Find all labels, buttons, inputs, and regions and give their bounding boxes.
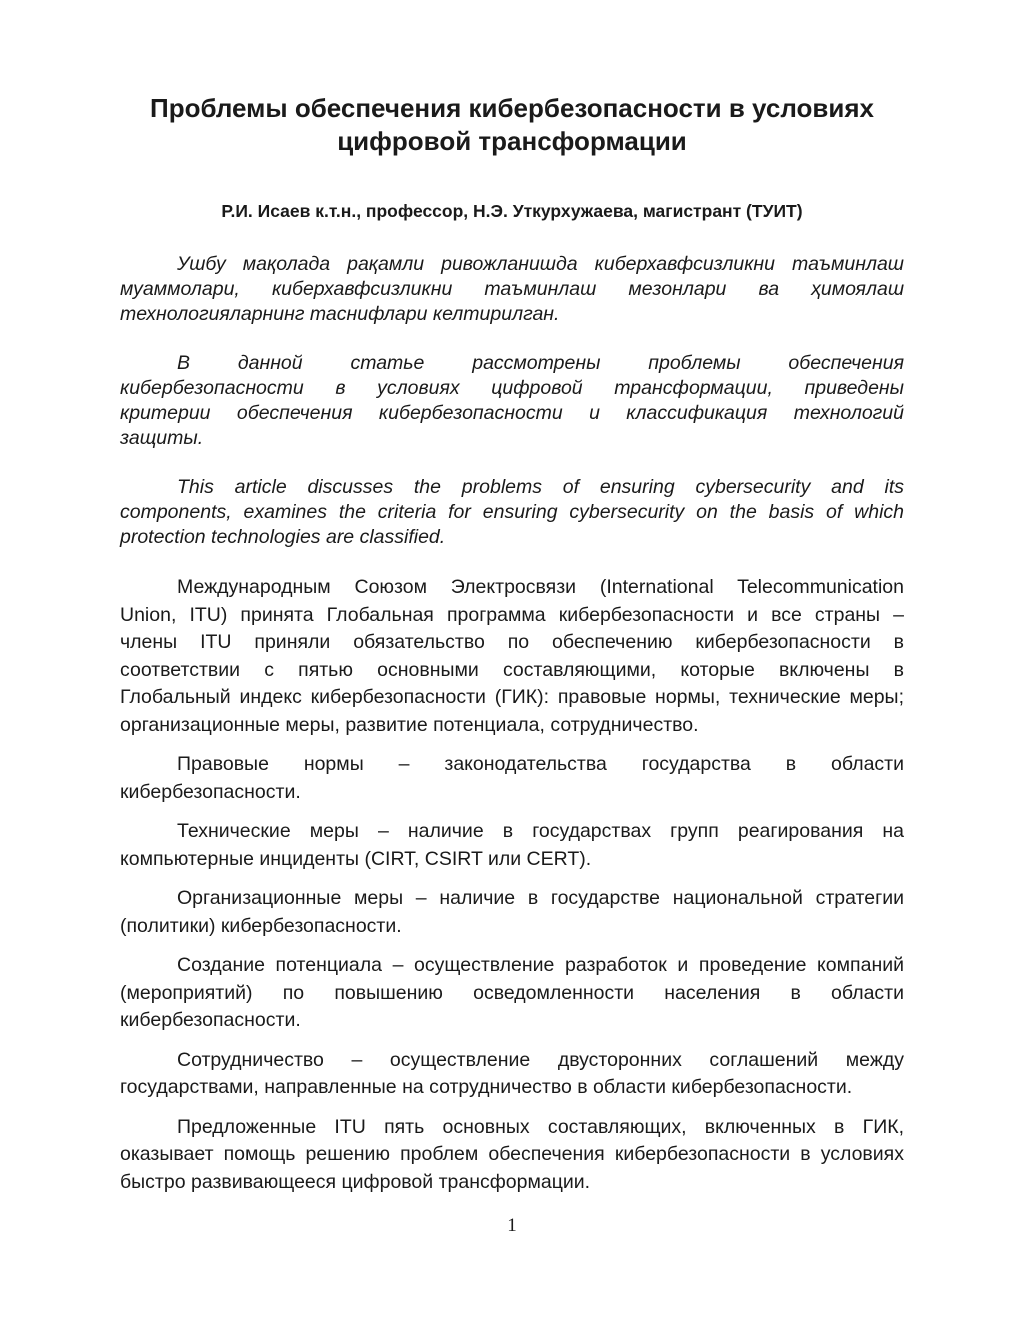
body-paragraph-1: Международным Союзом Электросвязи (Inter…: [120, 574, 904, 739]
abstract-english: This article discusses the problems of e…: [120, 475, 904, 550]
content-area: Проблемы обеспечения кибербезопасности в…: [120, 0, 904, 1208]
body-paragraph-6: Сотрудничество – осуществление двусторон…: [120, 1047, 904, 1102]
text-line: Правовые нормы – законодательства госуда…: [120, 751, 904, 779]
text-line: технологияларнинг таснифлари келтирилган…: [120, 302, 904, 327]
text-line: Union, ITU) принята Глобальная программа…: [120, 602, 904, 630]
text-line: (мероприятий) по повышению осведомленнос…: [120, 980, 904, 1008]
text-line: Международным Союзом Электросвязи (Inter…: [120, 574, 904, 602]
document-page: Проблемы обеспечения кибербезопасности в…: [0, 0, 1024, 1325]
page-number: 1: [0, 1215, 1024, 1237]
text-line: components, examines the criteria for en…: [120, 500, 904, 525]
text-line: Организационные меры – наличие в государ…: [120, 885, 904, 913]
text-line: кибербезопасности.: [120, 779, 904, 807]
text-line: кибербезопасности.: [120, 1007, 904, 1035]
text-line: защиты.: [120, 426, 904, 451]
abstract-uzbek: Ушбу мақолада рақамли ривожланишда кибер…: [120, 252, 904, 327]
body-paragraph-2: Правовые нормы – законодательства госуда…: [120, 751, 904, 806]
text-line: Сотрудничество – осуществление двусторон…: [120, 1047, 904, 1075]
text-line: организационные меры, развитие потенциал…: [120, 712, 904, 740]
text-line: кибербезопасности в условиях цифровой тр…: [120, 376, 904, 401]
text-line: быстро развивающееся цифровой трансформа…: [120, 1169, 904, 1197]
text-line: Предложенные ITU пять основных составляю…: [120, 1114, 904, 1142]
paper-title: Проблемы обеспечения кибербезопасности в…: [120, 92, 904, 158]
authors-line: Р.И. Исаев к.т.н., профессор, Н.Э. Уткур…: [120, 200, 904, 222]
text-line: (политики) кибербезопасности.: [120, 913, 904, 941]
body-paragraph-3: Технические меры – наличие в государства…: [120, 818, 904, 873]
text-line: В данной статье рассмотрены проблемы обе…: [120, 351, 904, 376]
text-line: Глобальный индекс кибербезопасности (ГИК…: [120, 684, 904, 712]
text-line: муаммолари, киберхавфсизликни таъминлаш …: [120, 277, 904, 302]
text-line: соответствии с пятью основными составляю…: [120, 657, 904, 685]
text-line: Технические меры – наличие в государства…: [120, 818, 904, 846]
body-paragraph-7: Предложенные ITU пять основных составляю…: [120, 1114, 904, 1197]
text-line: критерии обеспечения кибербезопасности и…: [120, 401, 904, 426]
text-line: оказывает помощь решению проблем обеспеч…: [120, 1141, 904, 1169]
text-line: protection technologies are classified.: [120, 525, 904, 550]
text-line: члены ITU приняли обязательство по обесп…: [120, 629, 904, 657]
text-line: государствами, направленные на сотруднич…: [120, 1074, 904, 1102]
abstract-russian: В данной статье рассмотрены проблемы обе…: [120, 351, 904, 451]
text-line: Ушбу мақолада рақамли ривожланишда кибер…: [120, 252, 904, 277]
text-line: компьютерные инциденты (CIRT, CSIRT или …: [120, 846, 904, 874]
text-line: This article discusses the problems of e…: [120, 475, 904, 500]
text-line: Создание потенциала – осуществление разр…: [120, 952, 904, 980]
body-paragraph-5: Создание потенциала – осуществление разр…: [120, 952, 904, 1035]
body-paragraph-4: Организационные меры – наличие в государ…: [120, 885, 904, 940]
